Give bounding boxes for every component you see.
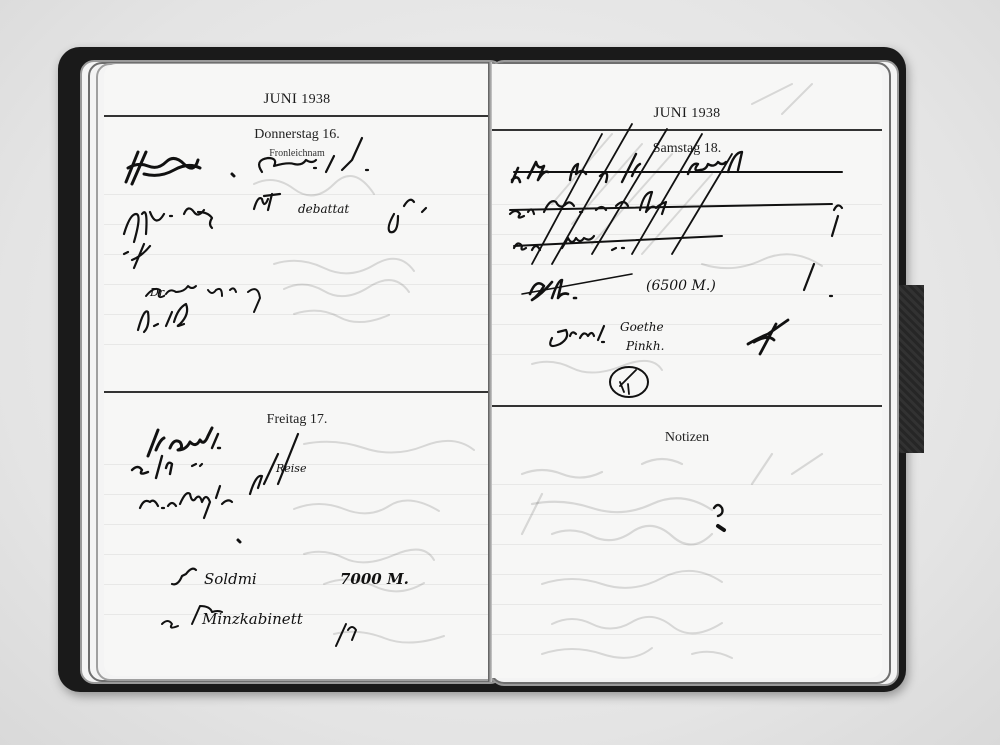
right-page: JUNI 1938 Samstag 18. Notizen <box>492 64 882 678</box>
handwriting-fragment: 7000 M. <box>340 570 409 588</box>
handwriting-friday <box>104 64 490 676</box>
handwriting-fragment: Minzkabinett <box>202 610 303 628</box>
bookmark-ribbon <box>897 285 924 453</box>
left-page: JUNI 1938 Donnerstag 16. Fronleichnam Fr… <box>104 64 490 676</box>
handwriting-fragment: Reise <box>276 462 306 475</box>
handwriting-fragment: Soldmi <box>204 570 257 588</box>
notes-ink-blot <box>492 64 882 678</box>
book-gutter <box>488 62 492 682</box>
